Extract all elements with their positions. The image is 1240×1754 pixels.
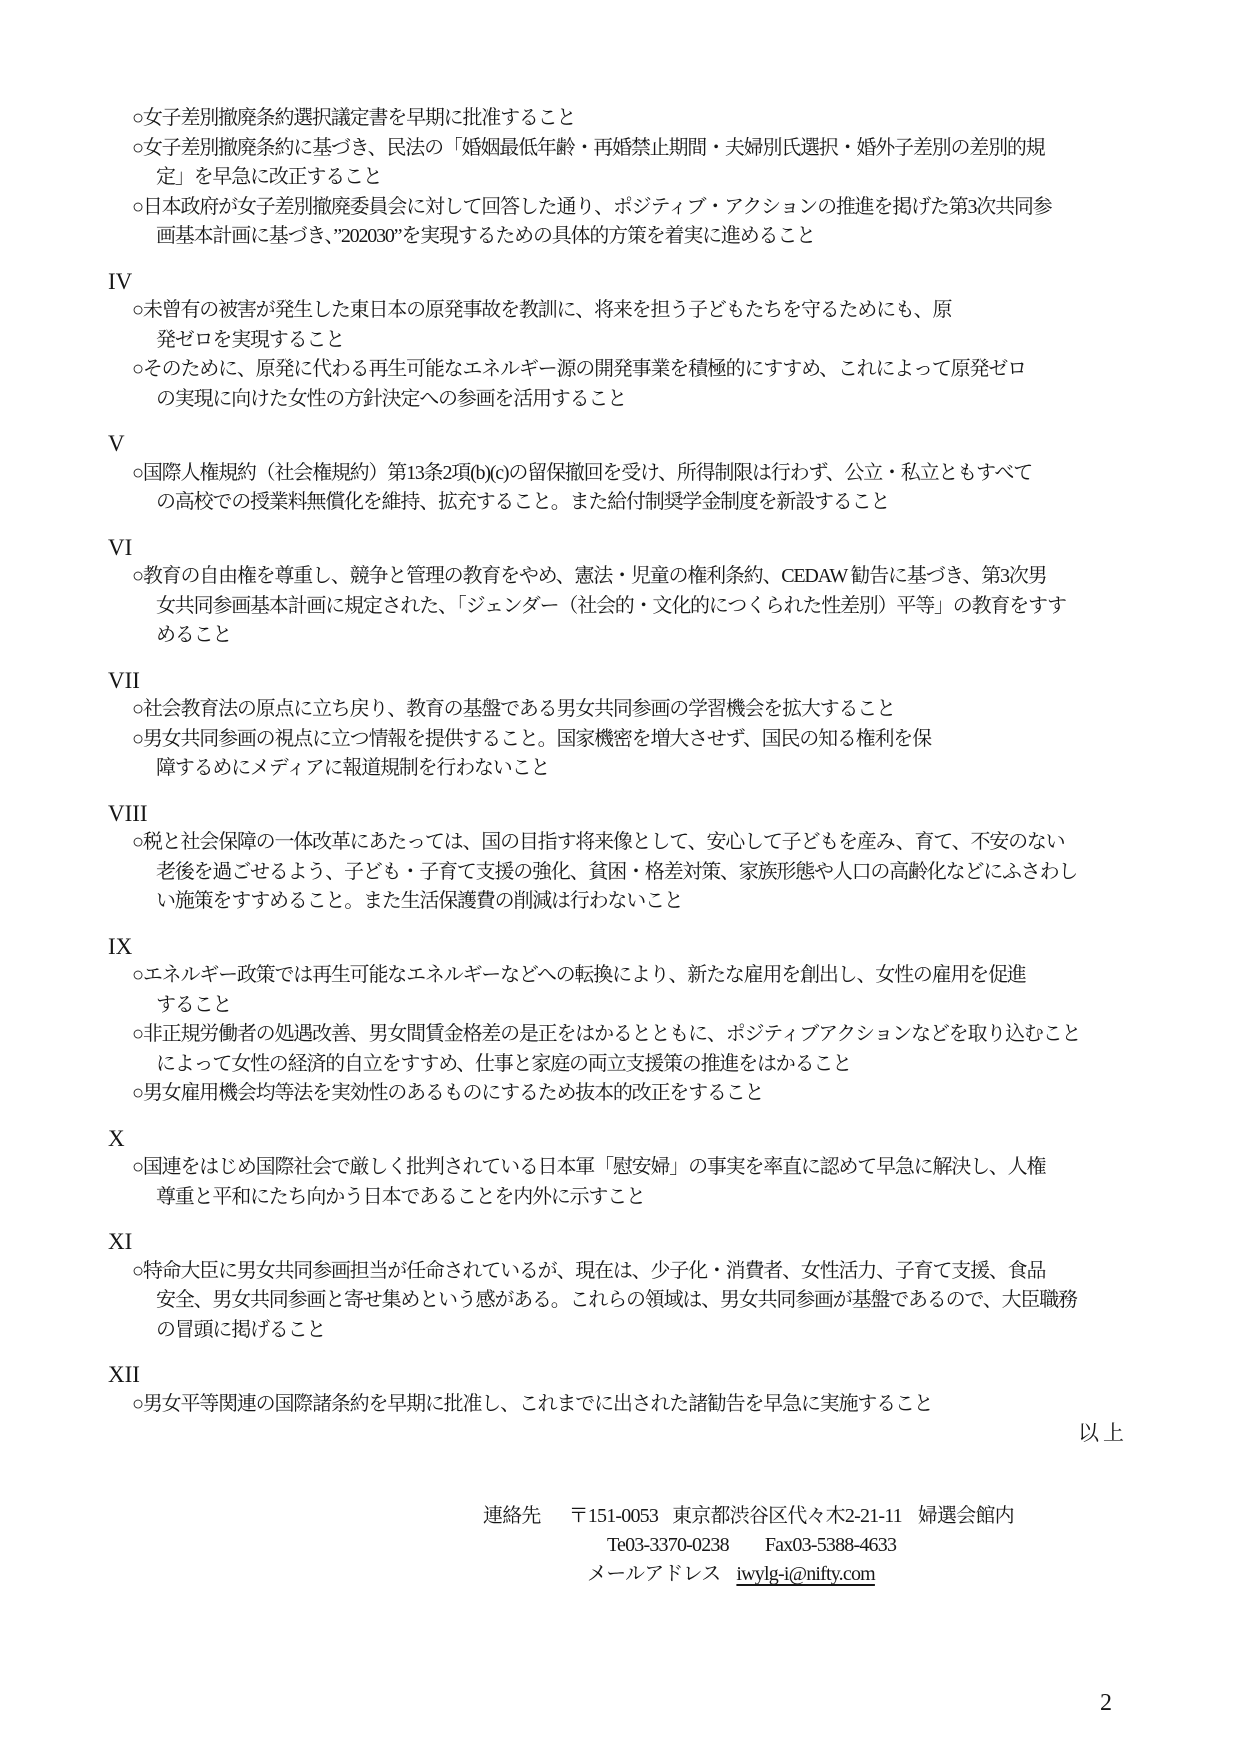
list-item: ○日本政府が女子差別撤廃委員会に対して回答した通り、ポジティブ・アクションの推進…	[108, 193, 1130, 252]
list-item-line-cont: 安全、男女共同参画と寄せ集めという感がある。これらの領域は、男女共同参画が基盤で…	[156, 1286, 1130, 1316]
list-item: ○教育の自由権を尊重し、競争と管理の教育をやめ、憲法・児童の権利条約、CEDAW…	[108, 562, 1130, 651]
list-item-line-cont: によって女性の経済的自立をすすめ、仕事と家庭の両立支援策の推進をはかること	[156, 1050, 1130, 1080]
list-item: ○特命大臣に男女共同参画担当が任命されているが、現在は、少子化・消費者、女性活力…	[108, 1257, 1130, 1346]
list-item-line-first: ○男女平等関連の国際諸条約を早期に批准し、これまでに出された諸勧告を早急に実施す…	[132, 1390, 1130, 1420]
email-address: iwylg-i@nifty.com	[736, 1563, 875, 1585]
document-body: ○女子差別撤廃条約選択議定書を早期に批准すること○女子差別撤廃条約に基づき、民法…	[108, 104, 1130, 1449]
list-item-line-cont: 定」を早急に改正すること	[156, 163, 1130, 193]
contact-label: 連絡先	[483, 1505, 541, 1527]
list-item: ○男女共同参画の視点に立つ情報を提供すること。国家機密を増大させず、国民の知る権…	[108, 725, 1130, 784]
list-item-line-first: ○国連をはじめ国際社会で厳しく批判されている日本軍「慰安婦」の事実を率直に認めて…	[132, 1153, 1130, 1183]
email-label: メールアドレス	[587, 1563, 720, 1585]
list-item: ○女子差別撤廃条約選択議定書を早期に批准すること	[108, 104, 1130, 134]
list-item-line-first: ○男女共同参画の視点に立つ情報を提供すること。国家機密を増大させず、国民の知る権…	[132, 725, 1130, 755]
list-item-line-cont: い施策をすすめること。また生活保護費の削減は行わないこと	[156, 887, 1130, 917]
list-item-line-cont: の冒頭に掲げること	[156, 1316, 1130, 1346]
list-item-line-first: ○教育の自由権を尊重し、競争と管理の教育をやめ、憲法・児童の権利条約、CEDAW…	[132, 562, 1130, 592]
contact-phone-row: Te03-3370-0238Fax03-5388-4633	[483, 1531, 1014, 1560]
section-numeral: X	[108, 1124, 1130, 1154]
list-item-line-first: ○女子差別撤廃条約に基づき、民法の「婚姻最低年齢・再婚禁止期間・夫婦別氏選択・婚…	[132, 134, 1130, 164]
list-item-line-cont: 画基本計画に基づき、”202030”を実現するための具体的方策を着実に進めること	[156, 222, 1130, 252]
document-page: ○女子差別撤廃条約選択議定書を早期に批准すること○女子差別撤廃条約に基づき、民法…	[0, 0, 1240, 1754]
list-item-line-cont: の実現に向けた女性の方針決定への参画を活用すること	[156, 385, 1130, 415]
list-item: ○社会教育法の原点に立ち戻り、教育の基盤である男女共同参画の学習機会を拡大するこ…	[108, 695, 1130, 725]
list-item: ○税と社会保障の一体改革にあたっては、国の目指す将来像として、安心して子どもを産…	[108, 828, 1130, 917]
section-numeral: V	[108, 429, 1130, 459]
list-item-line-first: ○そのために、原発に代わる再生可能なエネルギー源の開発事業を積極的にすすめ、これ…	[132, 355, 1130, 385]
list-item: ○男女平等関連の国際諸条約を早期に批准し、これまでに出された諸勧告を早急に実施す…	[108, 1390, 1130, 1420]
list-item-line-cont: 老後を過ごせるよう、子ども・子育て支援の強化、貧困・格差対策、家族形態や人口の高…	[156, 858, 1130, 888]
list-item: ○男女雇用機会均等法を実効性のあるものにするため抜本的改正をすること	[108, 1079, 1130, 1109]
list-item-line-first: ○エネルギー政策では再生可能なエネルギーなどへの転換により、新たな雇用を創出し、…	[132, 961, 1130, 991]
telephone-number: Te03-3370-0238	[607, 1534, 729, 1556]
section-numeral: IV	[108, 267, 1130, 297]
list-item: ○国連をはじめ国際社会で厳しく批判されている日本軍「慰安婦」の事実を率直に認めて…	[108, 1153, 1130, 1212]
list-item-line-first: ○社会教育法の原点に立ち戻り、教育の基盤である男女共同参画の学習機会を拡大するこ…	[132, 695, 1130, 725]
list-item-line-first: ○非正規労働者の処遇改善、男女間賃金格差の是正をはかるとともに、ポジティブアクシ…	[132, 1020, 1130, 1050]
list-item-line-first: ○女子差別撤廃条約選択議定書を早期に批准すること	[132, 104, 1130, 134]
section-numeral: VII	[108, 666, 1130, 696]
list-item-line-first: ○税と社会保障の一体改革にあたっては、国の目指す将来像として、安心して子どもを産…	[132, 828, 1130, 858]
street-address: 東京都渋谷区代々木2-21-11	[672, 1505, 902, 1527]
list-item: ○女子差別撤廃条約に基づき、民法の「婚姻最低年齢・再婚禁止期間・夫婦別氏選択・婚…	[108, 134, 1130, 193]
list-item-line-first: ○日本政府が女子差別撤廃委員会に対して回答した通り、ポジティブ・アクションの推進…	[132, 193, 1130, 223]
section-numeral: VIII	[108, 799, 1130, 829]
list-item-line-cont: 尊重と平和にたち向かう日本であることを内外に示すこと	[156, 1183, 1130, 1213]
postal-code: 〒151-0053	[569, 1505, 658, 1527]
list-item-line-cont: めること	[156, 621, 1130, 651]
list-item-line-first: ○未曾有の被害が発生した東日本の原発事故を教訓に、将来を担う子どもたちを守るため…	[132, 296, 1130, 326]
list-item: ○国際人権規約（社会権規約）第13条2項(b)(c)の留保撤回を受け、所得制限は…	[108, 459, 1130, 518]
section-numeral: VI	[108, 533, 1130, 563]
list-item-line-first: ○特命大臣に男女共同参画担当が任命されているが、現在は、少子化・消費者、女性活力…	[132, 1257, 1130, 1287]
list-item-line-cont: 障するめにメディアに報道規制を行わないこと	[156, 754, 1130, 784]
list-item: ○非正規労働者の処遇改善、男女間賃金格差の是正をはかるとともに、ポジティブアクシ…	[108, 1020, 1130, 1079]
list-item-line-cont: すること	[156, 991, 1130, 1021]
list-item-line-cont: の高校での授業料無償化を維持、拡充すること。また給付制奨学金制度を新設すること	[156, 488, 1130, 518]
contact-email-row: メールアドレスiwylg-i@nifty.com	[483, 1560, 1014, 1589]
list-item-line-first: ○男女雇用機会均等法を実効性のあるものにするため抜本的改正をすること	[132, 1079, 1130, 1109]
contact-address-row: 連絡先〒151-0053東京都渋谷区代々木2-21-11婦選会館内	[483, 1502, 1014, 1531]
closing-text: 以上	[108, 1419, 1130, 1449]
page-number: 2	[1100, 1690, 1112, 1717]
list-item-line-cont: 発ゼロを実現すること	[156, 326, 1130, 356]
contact-block: 連絡先〒151-0053東京都渋谷区代々木2-21-11婦選会館内 Te03-3…	[483, 1502, 1014, 1589]
building-name: 婦選会館内	[918, 1505, 1014, 1527]
list-item: ○エネルギー政策では再生可能なエネルギーなどへの転換により、新たな雇用を創出し、…	[108, 961, 1130, 1020]
section-numeral: XII	[108, 1360, 1130, 1390]
list-item: ○そのために、原発に代わる再生可能なエネルギー源の開発事業を積極的にすすめ、これ…	[108, 355, 1130, 414]
list-item-line-cont: 女共同参画基本計画に規定された、「ジェンダー（社会的・文化的につくられた性差別）…	[156, 592, 1130, 622]
list-item: ○未曾有の被害が発生した東日本の原発事故を教訓に、将来を担う子どもたちを守るため…	[108, 296, 1130, 355]
fax-number: Fax03-5388-4633	[765, 1534, 896, 1556]
list-item-line-first: ○国際人権規約（社会権規約）第13条2項(b)(c)の留保撤回を受け、所得制限は…	[132, 459, 1130, 489]
section-numeral: XI	[108, 1227, 1130, 1257]
section-numeral: IX	[108, 932, 1130, 962]
